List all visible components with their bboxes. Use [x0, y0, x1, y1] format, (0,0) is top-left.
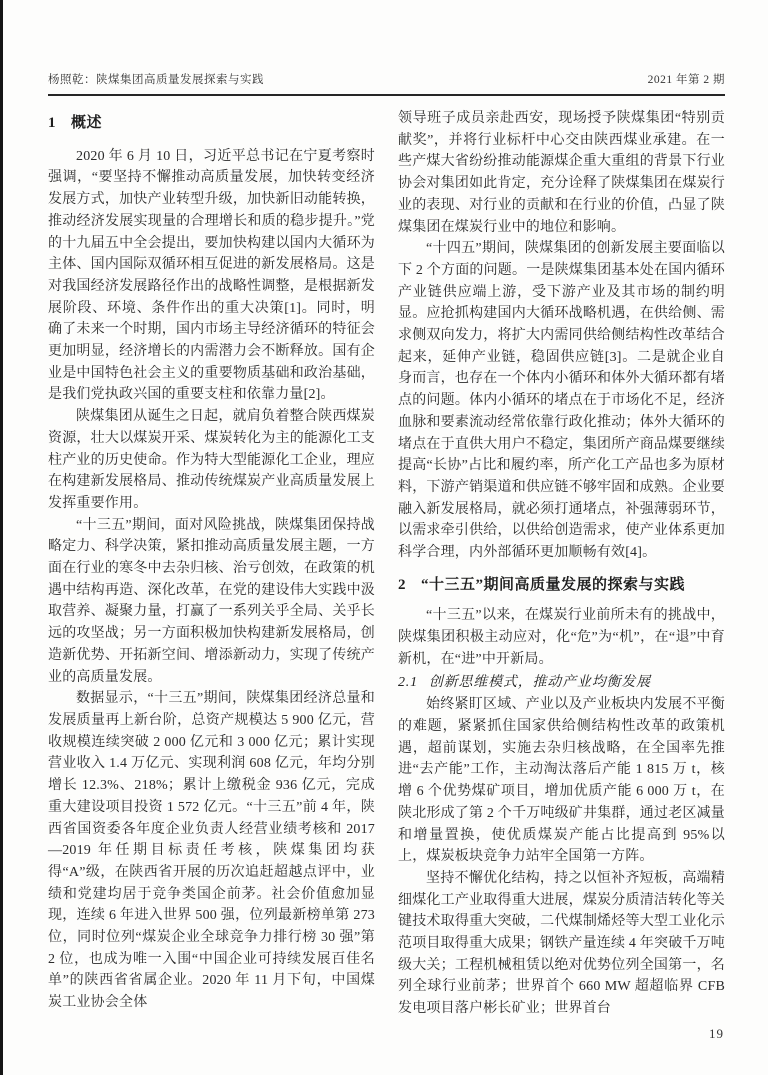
- subsection-number: 2.1: [398, 675, 418, 690]
- journal-page: 杨照乾：陕煤集团高质量发展探索与实践 2021 年第 2 期 1概述 2020 …: [0, 0, 768, 1075]
- running-title: 杨照乾：陕煤集团高质量发展探索与实践: [48, 71, 264, 87]
- scan-edge: [0, 0, 3, 1075]
- header-rule: [48, 94, 725, 96]
- paragraph: 陕煤集团从诞生之日起，就肩负着整合陕西煤炭资源，壮大以煤炭开采、煤炭转化为主的能…: [48, 406, 375, 515]
- section-title: 概述: [71, 115, 102, 131]
- paragraph: “十三五”以来，在煤炭行业前所未有的挑战中，陕煤集团积极主动应对，化“危”为“机…: [398, 605, 725, 670]
- paragraph: 坚持不懈优化结构，持之以恒补齐短板，高端精细煤化工产业取得重大进展，煤炭分质清洁…: [398, 868, 725, 1020]
- section-heading-1: 1概述: [48, 113, 375, 135]
- paragraph: 始终紧盯区域、产业以及产业板块内发展不平衡的难题，紧紧抓住国家供给侧结构性改革的…: [398, 694, 725, 868]
- paragraph-continued: 领导班子成员亲赴西安，现场授予陕煤集团“特别贡献奖”，并将行业标杆中心交由陕西煤…: [398, 108, 725, 238]
- page-header: 杨照乾：陕煤集团高质量发展探索与实践 2021 年第 2 期: [48, 71, 725, 87]
- paragraph: 数据显示，“十三五”期间，陕煤集团经济总量和发展质量再上新台阶，总资产规模达 5…: [48, 688, 375, 1014]
- right-column: 领导班子成员亲赴西安，现场授予陕煤集团“特别贡献奖”，并将行业标杆中心交由陕西煤…: [398, 108, 725, 1020]
- section-title: “十三五”期间高质量发展的探索与实践: [421, 577, 685, 593]
- page-number: 19: [709, 1026, 724, 1042]
- subsection-heading-2-1: 2.1创新思维模式，推动产业均衡发展: [398, 672, 725, 694]
- paragraph: 2020 年 6 月 10 日，习近平总书记在宁夏考察时强调，“要坚持不懈推动高…: [48, 146, 375, 406]
- article-body: 1概述 2020 年 6 月 10 日，习近平总书记在宁夏考察时强调，“要坚持不…: [48, 108, 725, 1020]
- section-number: 1: [48, 115, 56, 131]
- issue-label: 2021 年第 2 期: [648, 71, 725, 87]
- section-number: 2: [398, 577, 406, 593]
- paragraph: “十三五”期间，面对风险挑战，陕煤集团保持战略定力、科学决策，紧扣推动高质量发展…: [48, 515, 375, 689]
- subsection-title: 创新思维模式，推动产业均衡发展: [429, 675, 651, 690]
- paragraph: “十四五”期间，陕煤集团的创新发展主要面临以下 2 个方面的问题。一是陕煤集团基…: [398, 238, 725, 564]
- left-column: 1概述 2020 年 6 月 10 日，习近平总书记在宁夏考察时强调，“要坚持不…: [48, 108, 375, 1020]
- section-heading-2: 2“十三五”期间高质量发展的探索与实践: [398, 575, 725, 597]
